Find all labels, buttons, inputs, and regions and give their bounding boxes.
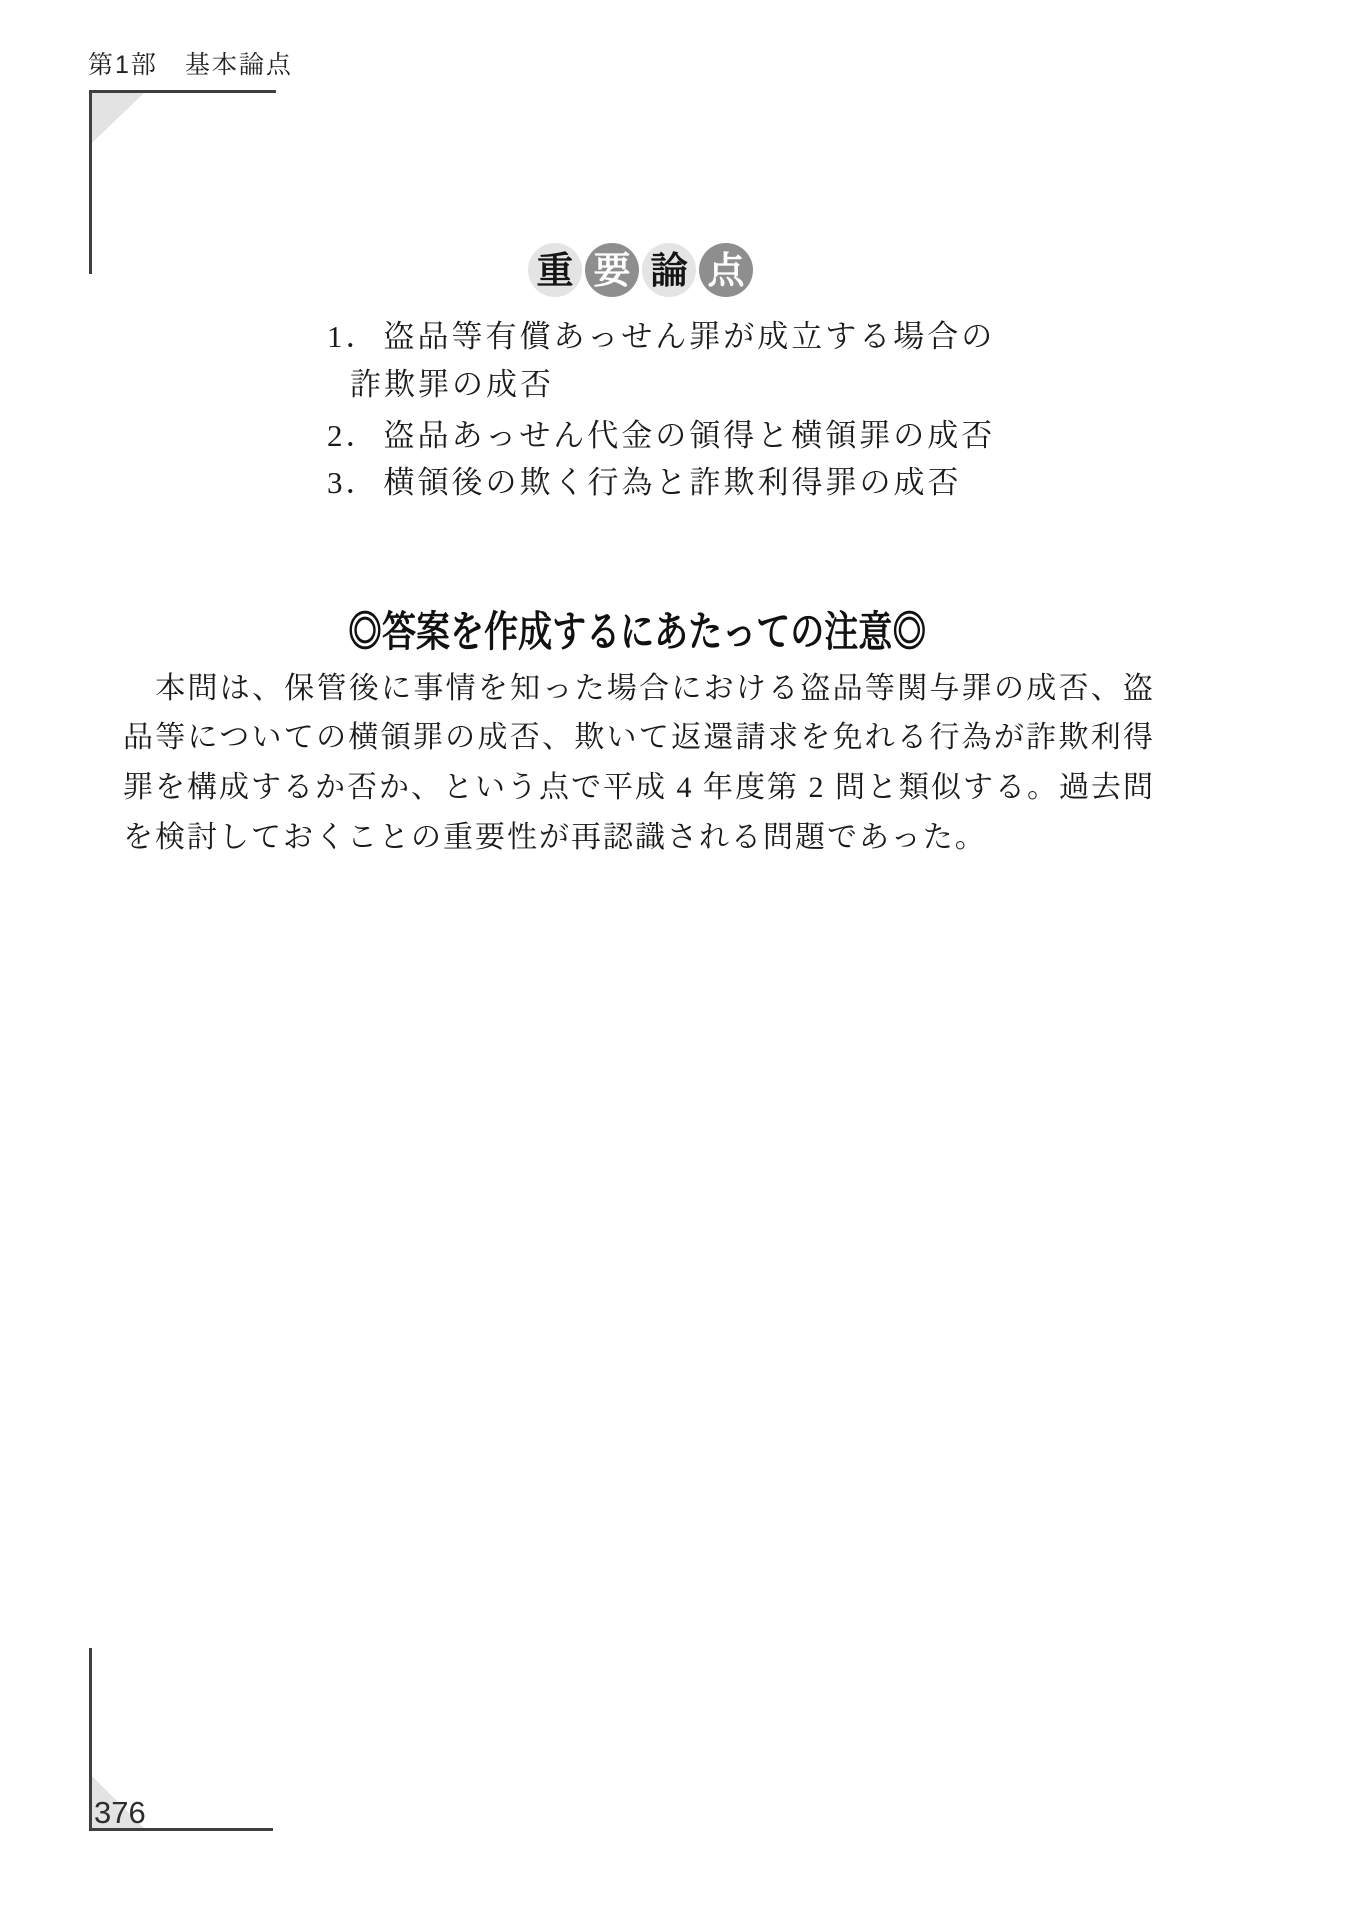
badge-circle-1: 重 — [528, 243, 582, 297]
book-page: 第1部 基本論点 重 要 論 点 1．盗品等有償あっせん罪が成立する場合の 詐欺… — [0, 0, 1350, 1920]
badge-circle-2: 要 — [585, 243, 639, 297]
topic-item-1-line-2: 詐欺罪の成否 — [350, 368, 554, 402]
notice-paragraph-line-2: 品等についての横領罪の成否、欺いて返還請求を免れる行為が詐欺利得 — [123, 721, 1155, 756]
notice-paragraph-line-1: 本問は、保管後に事情を知った場合における盗品等関与罪の成否、盗 — [123, 672, 1155, 707]
top-corner-triangle — [92, 93, 144, 143]
notice-paragraph-line-4: を検討しておくことの重要性が再認識される問題であった。 — [123, 821, 1155, 856]
topic-item-3-number: 3． — [327, 465, 380, 500]
badge-circle-4: 点 — [699, 243, 753, 297]
topic-item-2-text: 盗品あっせん代金の領得と横領罪の成否 — [384, 418, 996, 453]
topic-item-3-text: 横領後の欺く行為と詐欺利得罪の成否 — [384, 465, 962, 500]
topic-item-1-number: 1． — [327, 319, 380, 354]
badge-circle-3: 論 — [642, 243, 696, 297]
important-topics-badge: 重 要 論 点 — [528, 243, 753, 297]
topic-item-2-number: 2． — [327, 418, 380, 453]
topic-item-1-text: 盗品等有償あっせん罪が成立する場合の — [384, 319, 996, 354]
running-header: 第1部 基本論点 — [88, 52, 293, 80]
page-number: 376 — [94, 1797, 146, 1828]
notice-heading: ◎答案を作成するにあたっての注意◎ — [348, 610, 926, 654]
topic-item-2: 2．盗品あっせん代金の領得と横領罪の成否 — [327, 419, 995, 453]
notice-paragraph-line-3: 罪を構成するか否か、という点で平成 4 年度第 2 問と類似する。過去問 — [123, 771, 1155, 806]
topic-item-1-line-1: 1．盗品等有償あっせん罪が成立する場合の — [327, 320, 995, 354]
topic-item-3: 3．横領後の欺く行為と詐欺利得罪の成否 — [327, 466, 962, 500]
